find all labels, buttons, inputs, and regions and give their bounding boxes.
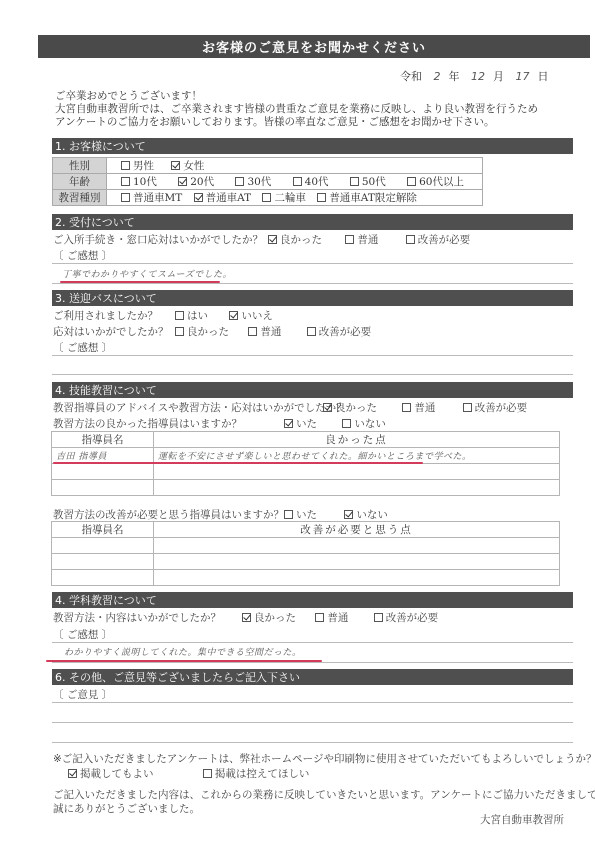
checkbox-icon <box>121 177 130 186</box>
checkbox-checked-icon <box>284 419 293 428</box>
course-options: 普通車MT 普通車AT 二輪車 普通車AT限定解除 <box>107 190 483 206</box>
checkbox-icon <box>315 613 324 622</box>
option-label: 普通車MT <box>133 192 182 204</box>
column-header-improve-points: 改善が必要と思う点 <box>154 522 560 538</box>
instructor-name-cell[interactable] <box>52 464 154 480</box>
good-instructor-options: いた いない <box>284 416 400 431</box>
checkbox-icon <box>345 235 354 244</box>
divider-line <box>52 263 573 264</box>
option-label: 普通 <box>357 234 378 246</box>
reception-comment-label: 〔 ご感想 〕 <box>53 248 112 263</box>
publish-options: 掲載してもよい 掲載は控えてほしい <box>68 766 323 781</box>
publish-decline-checkbox[interactable]: 掲載は控えてほしい <box>203 766 310 781</box>
option-label: 改善が必要 <box>319 326 372 338</box>
date-era: 令和 <box>400 70 422 83</box>
checkbox-checked-icon <box>194 193 203 202</box>
table-row <box>52 554 560 570</box>
improve-instructor-options: いた いない <box>284 507 402 522</box>
checkbox-icon <box>175 327 184 336</box>
column-header-instructor: 指導員名 <box>52 432 154 448</box>
bus-normal-checkbox[interactable]: 普通 <box>248 324 281 339</box>
improve-instructor-question: 教習方法の改善が必要と思う指導員はいますか？ <box>53 507 284 522</box>
date-field: 令和 2年 12月 17日 <box>400 68 549 84</box>
section-header-reception: 2. 受付について <box>52 214 573 230</box>
checkbox-icon <box>407 177 416 186</box>
checkbox-checked-icon <box>178 177 187 186</box>
publish-question: ※ご記入いただきましたアンケートは、弊社ホームページや印刷物に使用させていただい… <box>53 751 595 766</box>
age-label: 年齢 <box>53 174 107 190</box>
option-label: 60代以上 <box>419 176 464 188</box>
academic-comment-label: 〔 ご感想 〕 <box>53 627 112 642</box>
section-header-skill-lessons: 4. 技能教習について <box>52 382 573 398</box>
date-year[interactable]: 2 <box>434 70 441 83</box>
date-day[interactable]: 17 <box>516 70 530 83</box>
date-month[interactable]: 12 <box>471 70 485 83</box>
checkbox-icon <box>307 327 316 336</box>
course-at-release-checkbox[interactable]: 普通車AT限定解除 <box>317 190 417 205</box>
improve-points-cell[interactable] <box>154 570 560 586</box>
course-mt-checkbox[interactable]: 普通車MT <box>121 190 182 205</box>
section-header-shuttle-bus: 3. 送迎バスについて <box>52 290 573 306</box>
academic-normal-checkbox[interactable]: 普通 <box>315 610 348 625</box>
academic-comment[interactable]: わかりやすく説明してくれた。集中できる空間だった。 <box>64 645 302 658</box>
checkbox-icon <box>463 403 472 412</box>
option-label: 掲載してもよい <box>80 768 154 780</box>
school-signature: 大宮自動車教習所 <box>480 812 564 827</box>
checkbox-checked-icon <box>68 769 77 778</box>
bus-comment-label: 〔 ご感想 〕 <box>53 340 112 355</box>
option-label: いた <box>296 418 317 430</box>
checkbox-icon <box>317 193 326 202</box>
option-label: 良かった <box>254 612 296 624</box>
good-instructor-question: 教習方法の良かった指導員はいますか？ <box>53 416 242 431</box>
checkbox-icon <box>203 769 212 778</box>
option-label: 良かった <box>187 326 229 338</box>
divider-line <box>52 722 573 723</box>
good-points-cell[interactable] <box>154 480 560 496</box>
option-label: 20代 <box>190 176 214 188</box>
column-header-instructor: 指導員名 <box>52 522 154 538</box>
divider-line <box>52 702 573 703</box>
section-header-customer: 1. お客様について <box>52 138 573 154</box>
checkbox-checked-icon <box>323 403 332 412</box>
option-label: 男性 <box>133 160 154 172</box>
bus-service-options: 良かった 普通 改善が必要 <box>175 324 385 339</box>
course-motorcycle-checkbox[interactable]: 二輪車 <box>262 190 306 205</box>
option-label: 30代 <box>247 176 271 188</box>
form-title: お客様のご意見をお聞かせください <box>38 35 590 58</box>
table-row <box>52 570 560 586</box>
option-label: 良かった <box>280 234 322 246</box>
checkbox-icon <box>248 327 257 336</box>
divider-line <box>52 283 573 284</box>
checkbox-icon <box>262 193 271 202</box>
option-label: 普通 <box>327 612 348 624</box>
closing-line: ご記入いただきました内容は、これからの業務に反映していきたいと思います。アンケー… <box>53 788 595 802</box>
age-40s-checkbox[interactable]: 40代 <box>293 174 329 189</box>
reception-comment[interactable]: 丁寧でわかりやすくてスムーズでした。 <box>62 267 232 280</box>
option-label: 10代 <box>133 176 157 188</box>
table-row <box>52 538 560 554</box>
academic-question: 教習方法・内容はいかがでしたか？ <box>53 610 221 625</box>
divider-line <box>52 742 573 743</box>
option-label: いいえ <box>241 310 273 322</box>
table-row <box>52 480 560 496</box>
divider-line <box>52 662 573 663</box>
red-underline <box>53 462 423 464</box>
option-label: 女性 <box>183 160 204 172</box>
option-label: 二輪車 <box>274 192 306 204</box>
checkbox-icon <box>121 193 130 202</box>
course-row: 教習種別 普通車MT 普通車AT 二輪車 普通車AT限定解除 <box>53 190 483 206</box>
course-label: 教習種別 <box>53 190 107 206</box>
skill-improve-checkbox[interactable]: 改善が必要 <box>463 400 528 415</box>
intro-line: ご卒業おめでとうございます！ <box>55 90 538 103</box>
instructor-name-cell[interactable] <box>52 570 154 586</box>
checkbox-icon <box>293 177 302 186</box>
improve-instructor-yes-checkbox[interactable]: いた <box>284 507 317 522</box>
checkbox-icon <box>235 177 244 186</box>
intro-line: 大宮自動車教習所では、ご卒業されます皆様の貴重なご意見を業務に反映し、より良い教… <box>55 103 538 116</box>
skill-instructor-question: 教習指導員のアドバイスや教習方法・応対はいかがでしたか？ <box>53 400 347 415</box>
divider-line <box>52 374 573 375</box>
gender-row: 性別 男性 女性 <box>53 158 483 174</box>
instructor-name-cell[interactable] <box>52 538 154 554</box>
gender-male-checkbox[interactable]: 男性 <box>121 158 154 173</box>
gender-female-checkbox[interactable]: 女性 <box>171 158 204 173</box>
academic-good-checkbox[interactable]: 良かった <box>242 610 296 625</box>
checkbox-checked-icon <box>171 161 180 170</box>
bus-used-question: ご利用されましたか？ <box>53 308 158 323</box>
age-10s-checkbox[interactable]: 10代 <box>121 174 157 189</box>
option-label: はい <box>187 310 208 322</box>
option-label: 改善が必要 <box>418 234 471 246</box>
bus-good-checkbox[interactable]: 良かった <box>175 324 229 339</box>
checkbox-checked-icon <box>268 235 277 244</box>
customer-info-table: 性別 男性 女性 年齢 10代 20代 30代 40代 50代 60代以上 教習… <box>52 157 483 206</box>
option-label: 普通 <box>260 326 281 338</box>
checkbox-icon <box>121 161 130 170</box>
checkbox-checked-icon <box>229 311 238 320</box>
year-unit: 年 <box>449 70 460 83</box>
table-header-row: 指導員名 改善が必要と思う点 <box>52 522 560 538</box>
instructor-name-cell[interactable] <box>52 554 154 570</box>
bus-improve-checkbox[interactable]: 改善が必要 <box>307 324 372 339</box>
reception-good-checkbox[interactable]: 良かった <box>268 232 322 247</box>
table-row <box>52 464 560 480</box>
option-label: 普通 <box>414 402 435 414</box>
academic-options: 良かった 普通 改善が必要 <box>242 610 452 625</box>
good-points-cell[interactable] <box>154 464 560 480</box>
option-label: 普通車AT限定解除 <box>329 192 417 204</box>
option-label: 改善が必要 <box>475 402 528 414</box>
table-header-row: 指導員名 良かった点 <box>52 432 560 448</box>
gender-label: 性別 <box>53 158 107 174</box>
checkbox-checked-icon <box>242 613 251 622</box>
age-30s-checkbox[interactable]: 30代 <box>235 174 271 189</box>
publish-allow-checkbox[interactable]: 掲載してもよい <box>68 766 154 781</box>
checkbox-icon <box>350 177 359 186</box>
instructor-name-cell[interactable] <box>52 480 154 496</box>
checkbox-icon <box>374 613 383 622</box>
section-header-academic-lessons: 4. 学科教習について <box>52 592 573 608</box>
good-instructor-yes-checkbox[interactable]: いた <box>284 416 317 431</box>
checkbox-icon <box>402 403 411 412</box>
divider-line <box>52 642 573 643</box>
skill-good-checkbox[interactable]: 良かった <box>323 400 377 415</box>
improve-instructor-table: 指導員名 改善が必要と思う点 <box>51 521 560 586</box>
checkbox-icon <box>175 311 184 320</box>
option-label: いた <box>296 509 317 521</box>
bus-yes-checkbox[interactable]: はい <box>175 308 208 323</box>
reception-question: ご入所手続き・窓口応対はいかがでしたか？ <box>53 232 263 247</box>
bus-service-question: 応対はいかがでしたか？ <box>53 324 169 339</box>
gender-options: 男性 女性 <box>107 158 483 174</box>
academic-improve-checkbox[interactable]: 改善が必要 <box>374 610 439 625</box>
option-label: 40代 <box>305 176 329 188</box>
age-60s-checkbox[interactable]: 60代以上 <box>407 174 464 189</box>
bus-used-options: はい いいえ <box>175 308 287 323</box>
reception-normal-checkbox[interactable]: 普通 <box>345 232 378 247</box>
intro-line: アンケートのご協力をお願いしております。皆様の率直なご意見・ご感想をお聞かせ下さ… <box>55 116 538 129</box>
option-label: 掲載は控えてほしい <box>215 768 310 780</box>
good-instructor-no-checkbox[interactable]: いない <box>342 416 386 431</box>
day-unit: 日 <box>538 70 549 83</box>
section-header-other: 6. その他、ご意見等ございましたらご記入下さい <box>52 669 573 685</box>
divider-line <box>52 355 573 356</box>
checkbox-icon <box>342 419 351 428</box>
reception-options: 良かった 普通 改善が必要 <box>268 232 484 247</box>
improve-points-cell[interactable] <box>154 538 560 554</box>
improve-instructor-no-checkbox[interactable]: いない <box>344 507 388 522</box>
age-20s-checkbox[interactable]: 20代 <box>178 174 214 189</box>
option-label: 改善が必要 <box>386 612 439 624</box>
age-row: 年齢 10代 20代 30代 40代 50代 60代以上 <box>53 174 483 190</box>
skill-normal-checkbox[interactable]: 普通 <box>402 400 435 415</box>
checkbox-icon <box>284 510 293 519</box>
option-label: いない <box>356 509 388 521</box>
checkbox-checked-icon <box>344 510 353 519</box>
option-label: 50代 <box>362 176 386 188</box>
course-at-checkbox[interactable]: 普通車AT <box>194 190 252 205</box>
month-unit: 月 <box>493 70 504 83</box>
reception-improve-checkbox[interactable]: 改善が必要 <box>406 232 471 247</box>
age-50s-checkbox[interactable]: 50代 <box>350 174 386 189</box>
checkbox-icon <box>406 235 415 244</box>
option-label: 良かった <box>335 402 377 414</box>
other-comment-label: 〔 ご意見 〕 <box>53 687 112 702</box>
improve-points-cell[interactable] <box>154 554 560 570</box>
age-options: 10代 20代 30代 40代 50代 60代以上 <box>107 174 483 190</box>
column-header-good-points: 良かった点 <box>154 432 560 448</box>
bus-no-checkbox[interactable]: いいえ <box>229 308 273 323</box>
intro-text: ご卒業おめでとうございます！ 大宮自動車教習所では、ご卒業されます皆様の貴重なご… <box>55 90 538 129</box>
option-label: 普通車AT <box>206 192 252 204</box>
skill-instructor-options: 良かった 普通 改善が必要 <box>323 400 541 415</box>
option-label: いない <box>354 418 386 430</box>
